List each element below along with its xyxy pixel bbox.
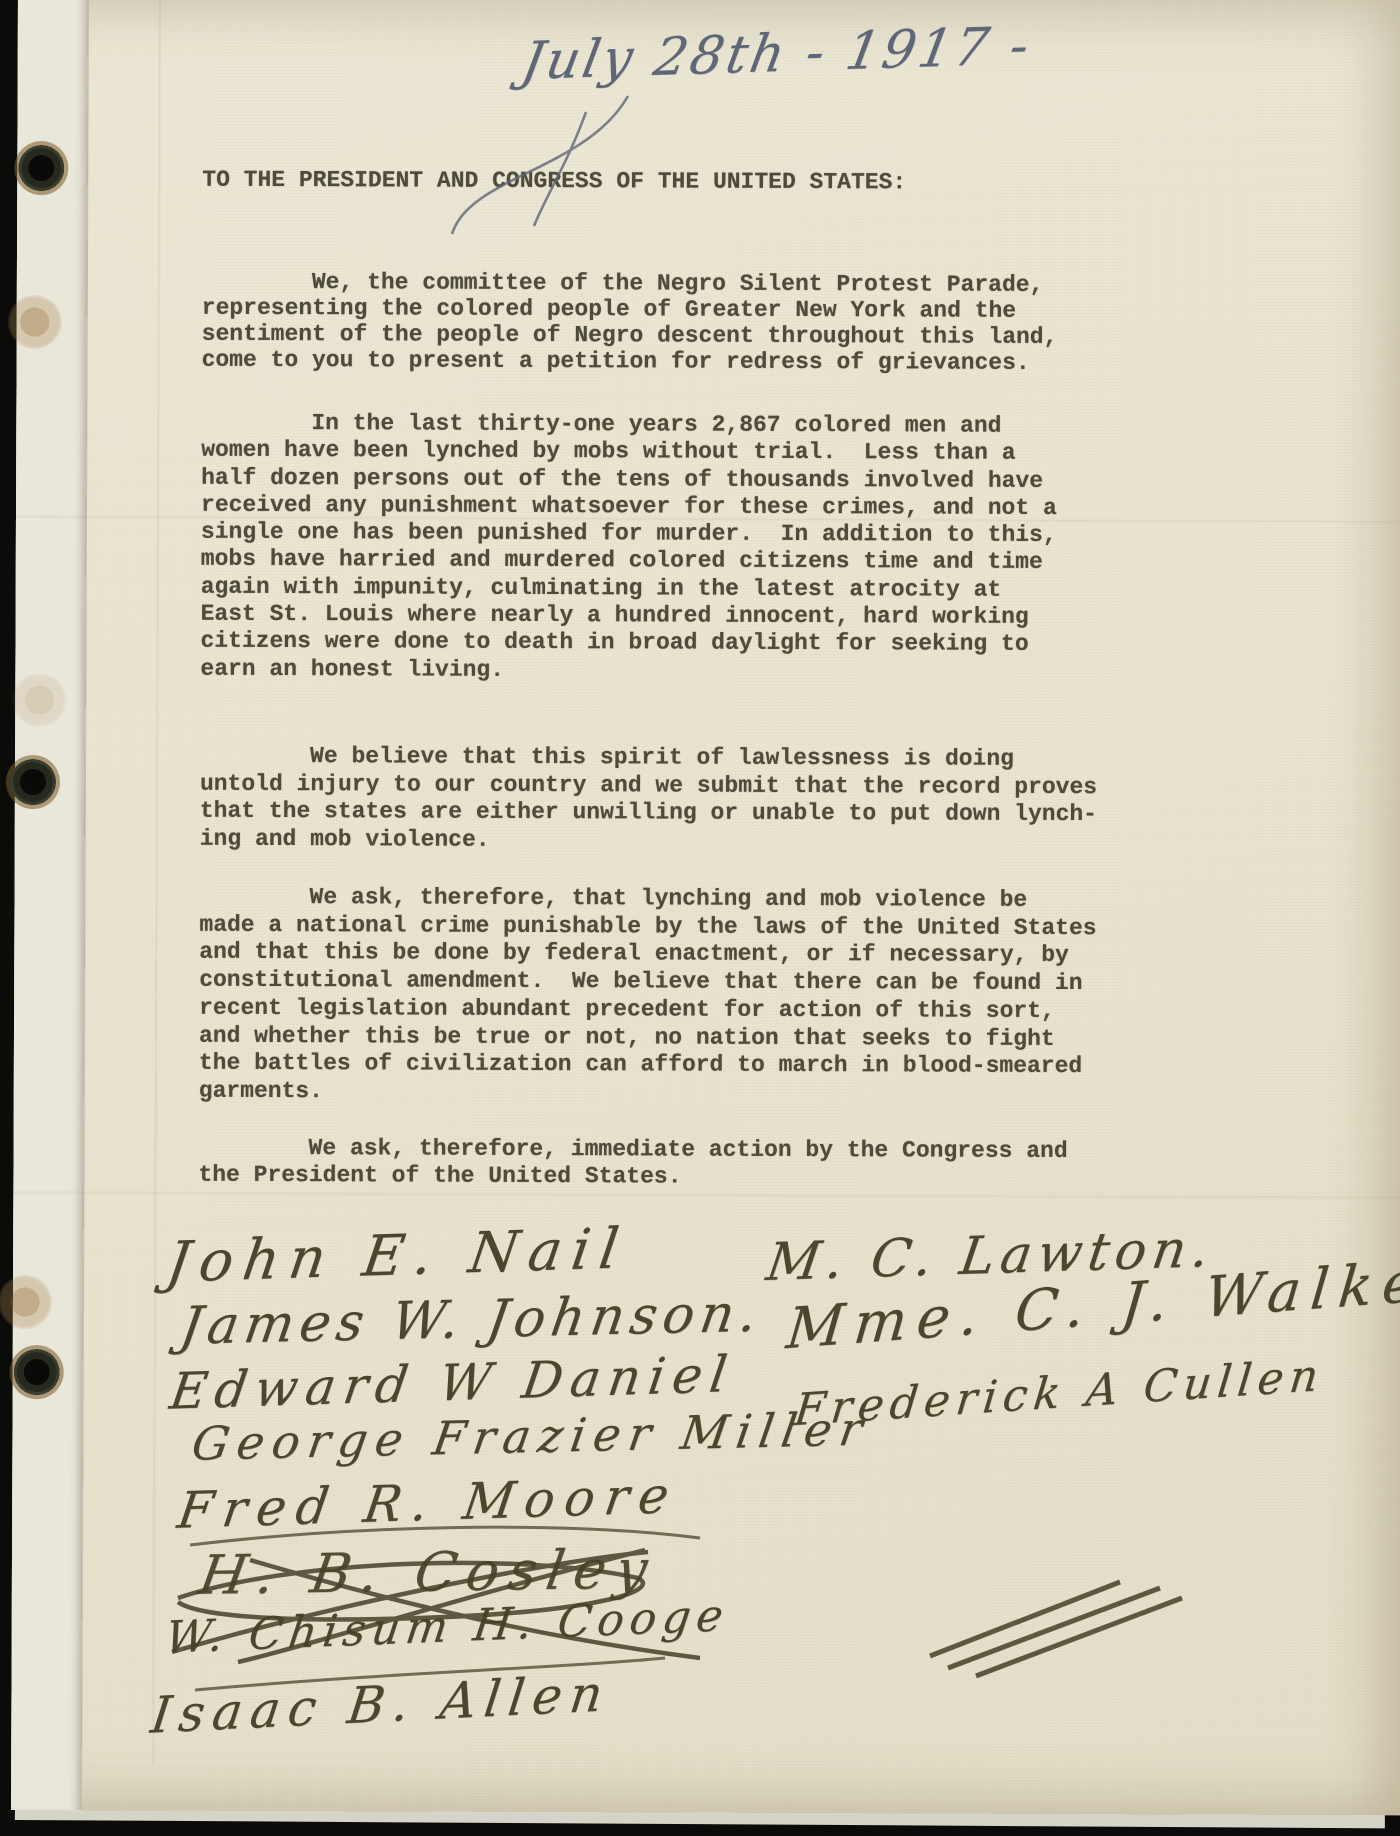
binding-strip	[11, 0, 89, 1810]
typed-line: the battles of civilization can afford t…	[199, 1050, 1096, 1081]
signature: Isaac B. Allen	[148, 1664, 614, 1745]
signature: Frederick A Cullen	[792, 1350, 1327, 1436]
typed-paragraph: We believe that this spirit of lawlessne…	[200, 743, 1098, 857]
typed-paragraph: We, the committee of the Negro Silent Pr…	[202, 269, 1058, 376]
signature: John E. Nail	[162, 1216, 632, 1296]
typed-line: We ask, therefore, that lynching and mob…	[199, 884, 1096, 915]
fold-crease-lower	[13, 1190, 1400, 1200]
typed-line: East St. Louis where nearly a hundred in…	[201, 601, 1057, 632]
typed-line: the President of the United States.	[198, 1162, 1067, 1192]
typed-line: ing and mob violence.	[200, 826, 1097, 857]
typed-line: representing the colored people of Great…	[202, 295, 1058, 324]
typed-line: garments.	[199, 1078, 1096, 1109]
typed-line: In the last thirty-one years 2,867 color…	[201, 410, 1057, 441]
typed-line: single one has been punished for murder.…	[201, 519, 1057, 550]
typed-line: again with impunity, culminating in the …	[201, 573, 1057, 604]
typed-line: half dozen persons out of the tens of th…	[201, 464, 1057, 495]
typed-line: We ask, therefore, immediate action by t…	[199, 1135, 1068, 1165]
typed-line: mobs have harried and murdered colored c…	[201, 546, 1057, 577]
salutation-line: TO THE PRESIDENT AND CONGRESS OF THE UNI…	[202, 167, 906, 196]
typed-line: untold injury to our country and we subm…	[200, 770, 1097, 801]
binder-grommet-top	[14, 141, 68, 195]
signature: Fred R. Moore	[174, 1466, 683, 1540]
typed-line: and that this be done by federal enactme…	[199, 939, 1096, 970]
document-page: July 28th - 1917 - TO THE PRESIDENT AND …	[11, 0, 1400, 1815]
typed-line: citizens were done to death in broad day…	[200, 628, 1056, 659]
typed-paragraph: In the last thirty-one years 2,867 color…	[200, 410, 1057, 686]
typed-line: that the states are either unwilling or …	[200, 798, 1097, 829]
typed-line: received any punishment whatsoever for t…	[201, 492, 1057, 523]
binder-grommet-middle	[6, 755, 60, 809]
typed-line: We, the committee of the Negro Silent Pr…	[202, 269, 1058, 298]
photo-background: July 28th - 1917 - TO THE PRESIDENT AND …	[0, 0, 1400, 1836]
typed-line: made a national crime punishable by the …	[199, 911, 1096, 942]
binder-grommet-bottom	[10, 1345, 64, 1399]
typed-line: earn an honest living.	[200, 655, 1056, 686]
handwritten-date: July 28th - 1917 -	[517, 16, 1036, 92]
typed-line: come to you to present a petition for re…	[202, 347, 1058, 376]
typed-line: recent legislation abundant precedent fo…	[199, 995, 1096, 1026]
typed-paragraph: We ask, therefore, that lynching and mob…	[199, 884, 1097, 1109]
typed-line: women have been lynched by mobs without …	[201, 437, 1057, 468]
signature: James W. Johnson.	[176, 1284, 767, 1357]
typed-line: and whether this be true or not, no nati…	[199, 1022, 1096, 1053]
typed-line: constitutional amendment. We believe tha…	[199, 967, 1096, 998]
typed-paragraph: We ask, therefore, immediate action by t…	[198, 1135, 1067, 1192]
rust-stain-middle	[12, 673, 66, 727]
typed-line: sentiment of the people of Negro descent…	[202, 321, 1058, 350]
typed-line: We believe that this spirit of lawlessne…	[200, 743, 1097, 774]
vertical-crease	[151, 0, 162, 1765]
rust-stain-top	[8, 295, 62, 349]
